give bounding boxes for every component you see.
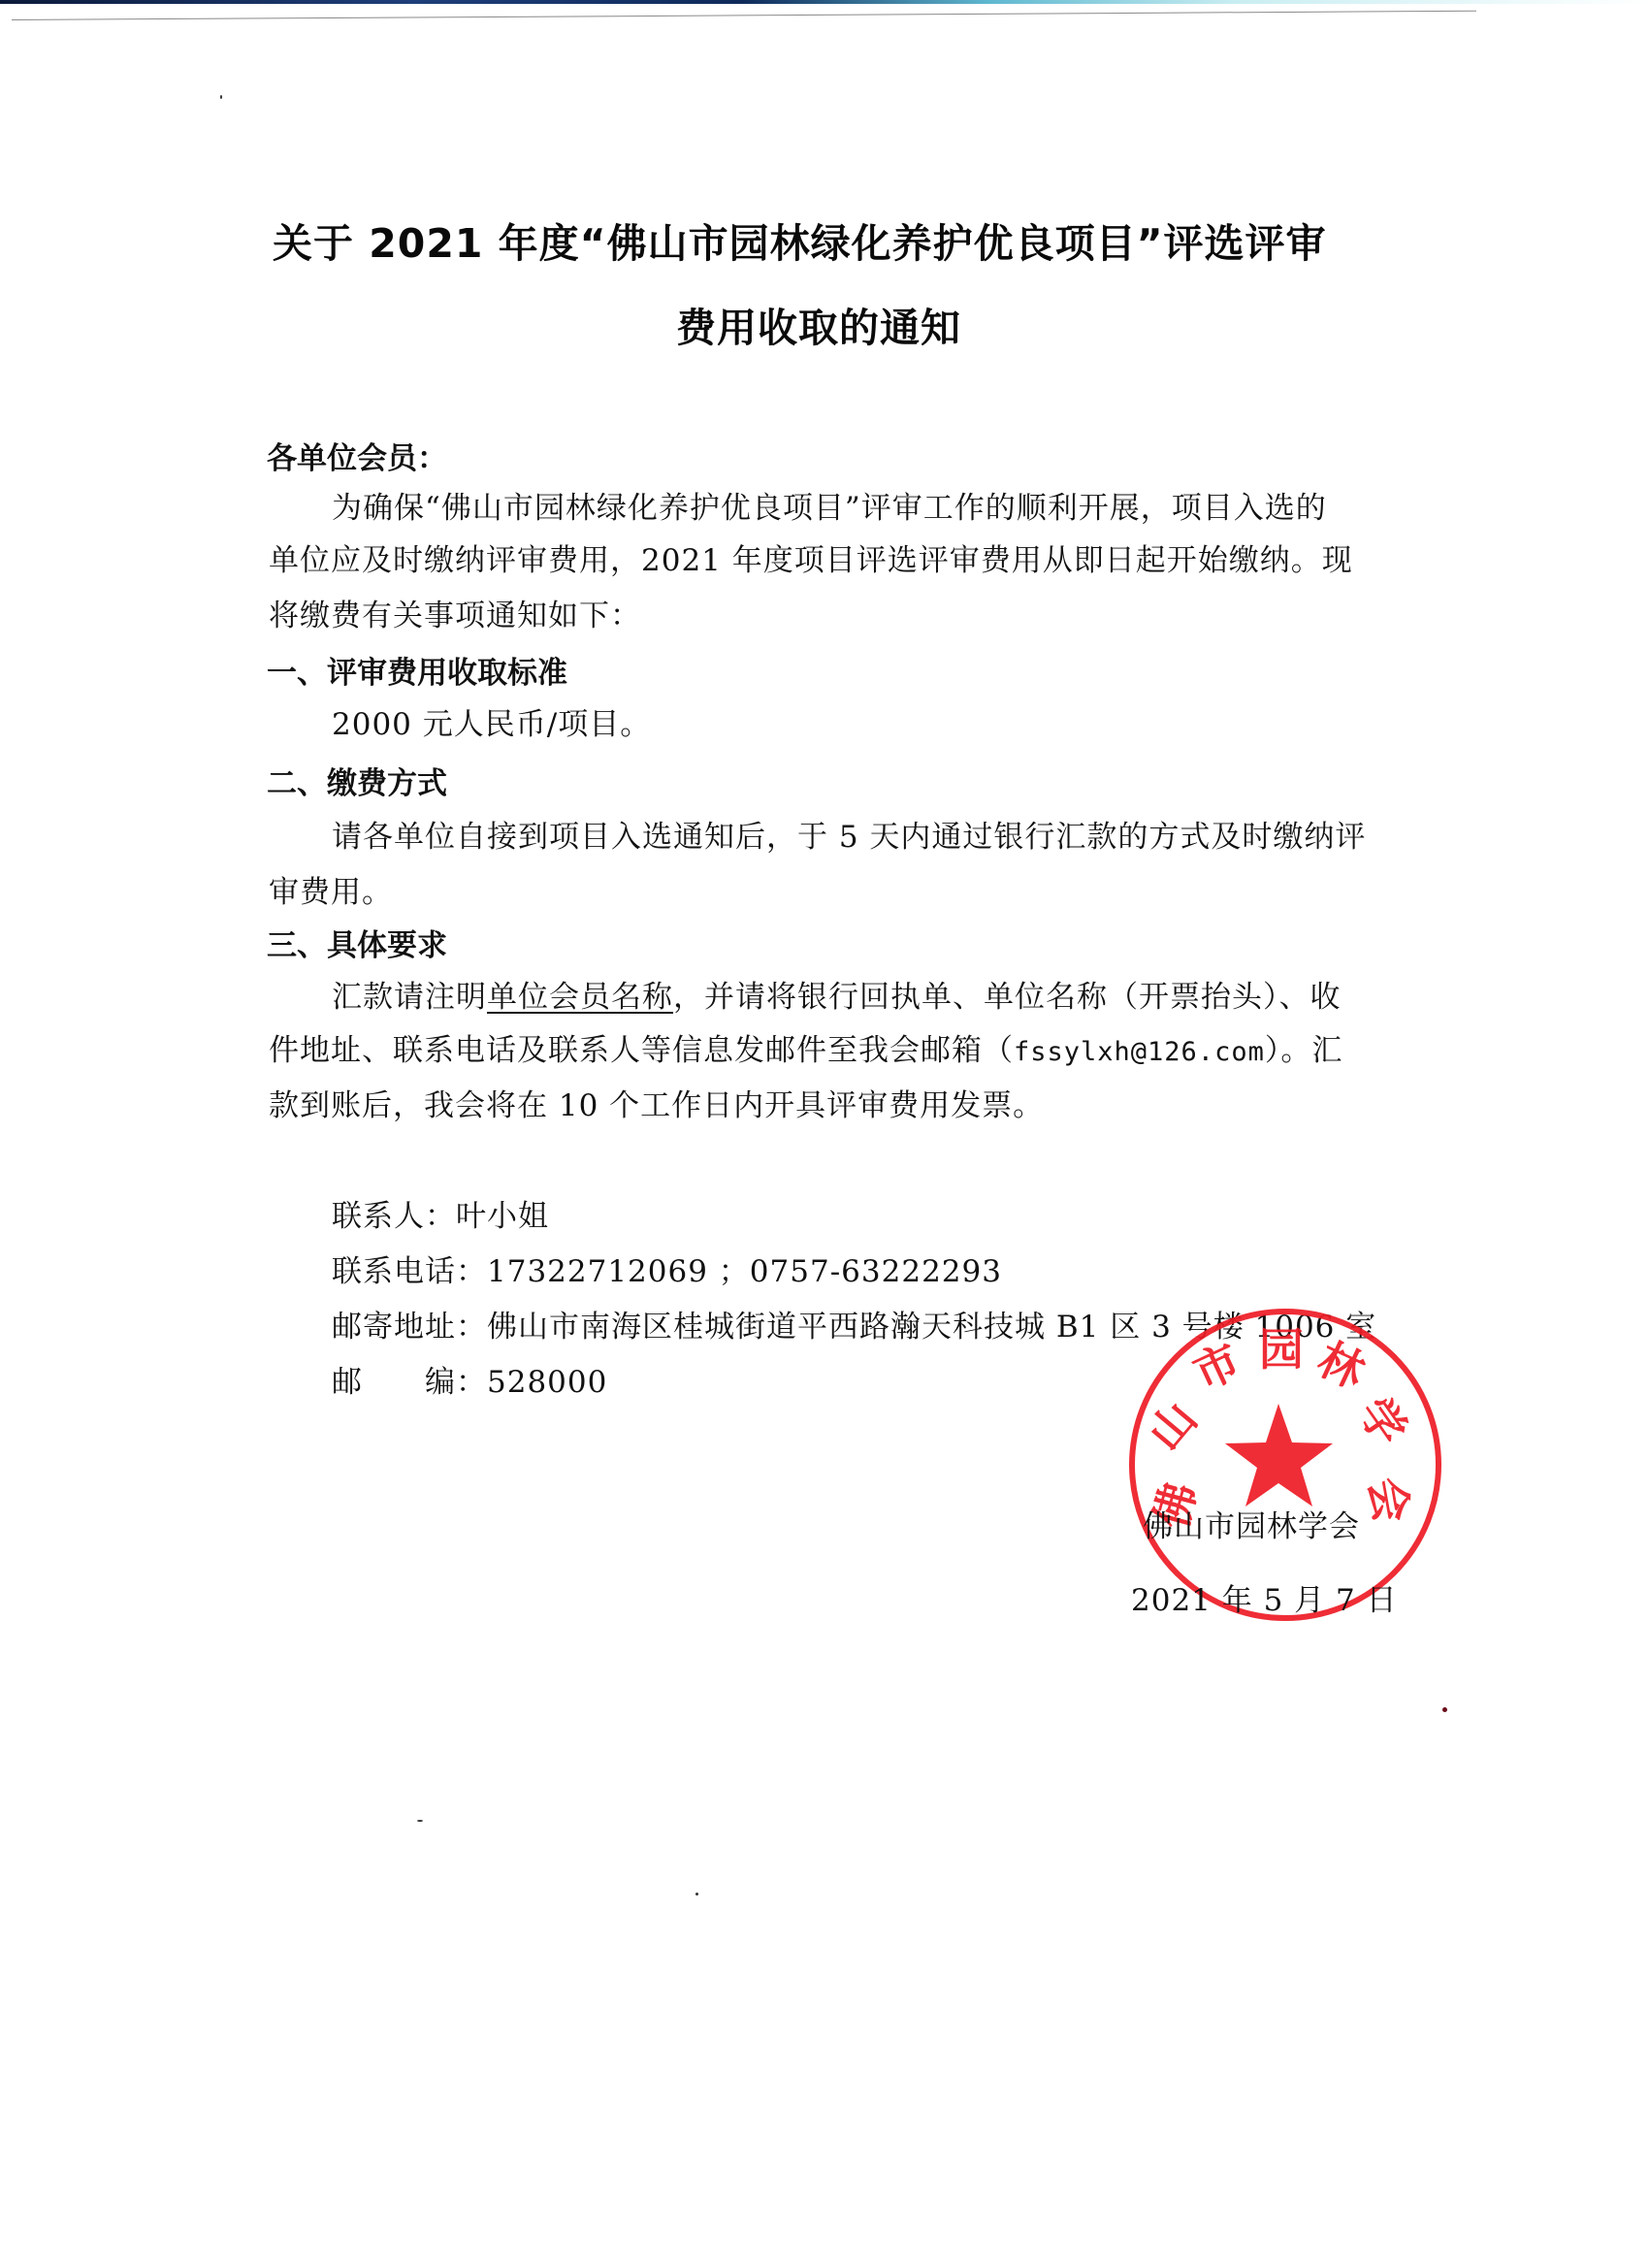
section-3-heading: 三、具体要求	[267, 931, 447, 961]
signature-organization: 佛山市园林学会	[1143, 1512, 1360, 1542]
intro-line-2: 单位应及时缴纳评审费用，2021 年度项目评选评审费用从即日起开始缴纳。现	[269, 546, 1353, 576]
document-title-line2: 费用收取的通知	[676, 308, 961, 348]
scan-speck	[417, 1820, 423, 1822]
official-seal-icon: 佛 山 市 园 林 学 会	[1125, 1305, 1445, 1625]
contact-address-label: 邮寄地址：	[332, 1310, 487, 1345]
section-3-line-1-prefix: 汇款请注明	[332, 980, 487, 1015]
section-2-line-1: 请各单位自接到项目入选通知后，于 5 天内通过银行汇款的方式及时缴纳评	[332, 823, 1366, 853]
contact-postcode: 邮 编：528000	[332, 1368, 607, 1398]
scan-speck	[695, 1893, 698, 1895]
section-1-heading: 一、评审费用收取标准	[267, 659, 567, 689]
contact-postcode-value: 528000	[487, 1365, 607, 1400]
section-3-line-2: 件地址、联系电话及联系人等信息发邮件至我会邮箱（fssylxh@126.com）…	[269, 1036, 1342, 1066]
section-3-line-2-suffix: ）。汇	[1265, 1033, 1343, 1068]
section-2-line-2: 审费用。	[269, 878, 393, 908]
section-3-line-2-prefix: 件地址、联系电话及联系人等信息发邮件至我会邮箱（	[269, 1033, 1014, 1068]
contact-phone-value: 17322712069 ；0757-63222293	[487, 1254, 1002, 1289]
section-3-line-1-suffix: ，并请将银行回执单、单位名称（开票抬头）、收	[673, 980, 1342, 1015]
intro-line-1: 为确保“佛山市园林绿化养护优良项目”评审工作的顺利开展，项目入选的	[332, 494, 1327, 524]
svg-text:会: 会	[1359, 1474, 1418, 1527]
document-title-line1: 关于 2021 年度“佛山市园林绿化养护优良项目”评选评审	[273, 224, 1327, 264]
svg-text:林: 林	[1310, 1332, 1374, 1399]
section-1-fee: 2000 元人民币/项目。	[332, 710, 651, 740]
underlined-member-name: 单位会员名称	[487, 980, 673, 1015]
contact-postcode-label: 邮 编：	[332, 1365, 487, 1400]
contact-phone-label: 联系电话：	[332, 1254, 487, 1289]
scan-speck	[1442, 1707, 1447, 1712]
contact-person-label: 联系人：	[332, 1199, 456, 1234]
scan-speck	[220, 95, 222, 99]
signature-date: 2021 年 5 月 7 日	[1131, 1586, 1398, 1616]
intro-line-3: 将缴费有关事项通知如下：	[269, 601, 641, 632]
scan-edge-top	[0, 0, 1649, 4]
svg-text:学: 学	[1348, 1388, 1417, 1455]
section-3-line-1: 汇款请注明单位会员名称，并请将银行回执单、单位名称（开票抬头）、收	[332, 983, 1342, 1013]
scan-border-line	[12, 11, 1476, 20]
contact-person: 联系人：叶小姐	[332, 1202, 549, 1232]
section-3-line-3: 款到账后，我会将在 10 个工作日内开具评审费用发票。	[269, 1091, 1044, 1121]
contact-person-value: 叶小姐	[456, 1199, 549, 1234]
contact-phone: 联系电话：17322712069 ；0757-63222293	[332, 1257, 1002, 1287]
svg-text:园: 园	[1259, 1323, 1304, 1376]
section-2-heading: 二、缴费方式	[267, 769, 447, 799]
salutation: 各单位会员：	[267, 444, 447, 474]
email-address[interactable]: fssylxh@126.com	[1014, 1037, 1265, 1067]
